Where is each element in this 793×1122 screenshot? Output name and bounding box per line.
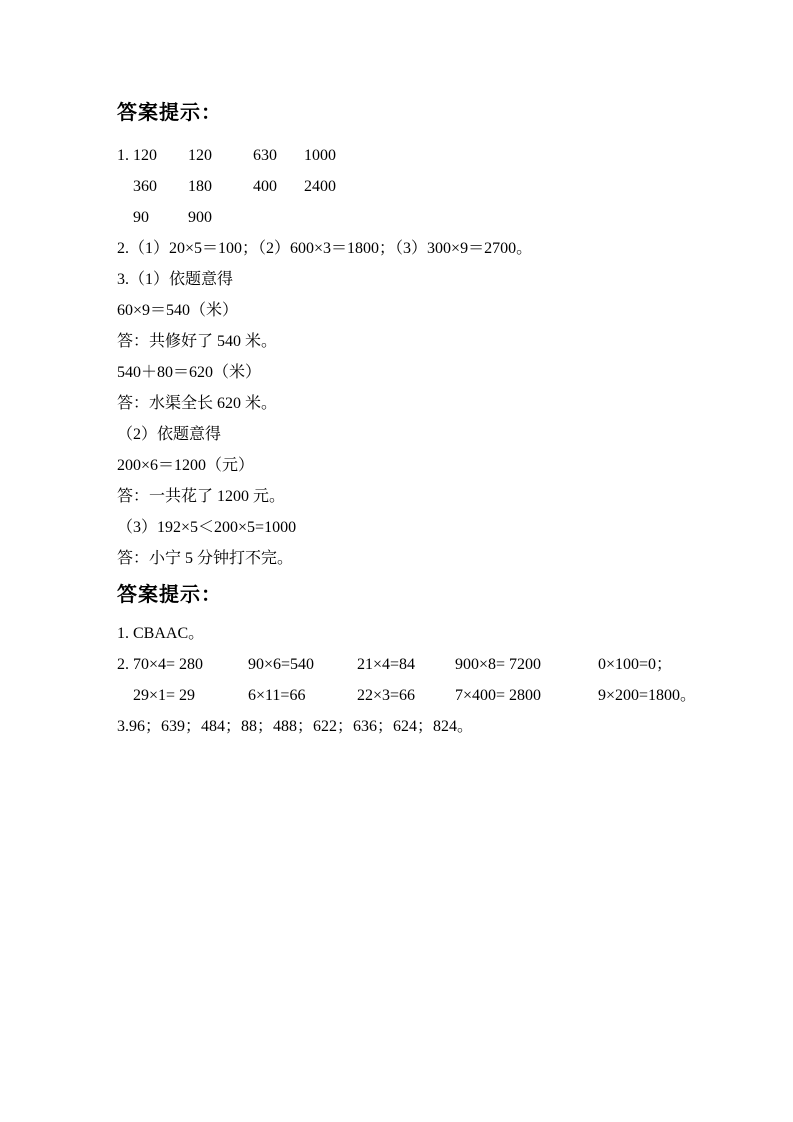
section-2-q2-row-2: 29×1= 29 6×11=66 22×3=66 7×400= 2800 9×2… [117, 680, 777, 711]
section-1-q3-part2-intro: （2）依题意得 [117, 419, 777, 450]
section-2-q1-line: 1. CBAAC。 [117, 618, 777, 649]
section-1-q3-step1-expr: 60×9＝540（米） [117, 295, 777, 326]
q1-value: 90 [133, 202, 188, 233]
section-2-q2-row-1: 2. 70×4= 280 90×6=540 21×4=84 900×8= 720… [117, 649, 777, 680]
q2-equation: 6×11=66 [248, 680, 357, 711]
q1-marker-empty [117, 171, 133, 202]
q2-equation: 22×3=66 [357, 680, 455, 711]
q1-value: 120 [133, 140, 188, 171]
section-1-q1-row-1: 1. 120 120 630 1000 [117, 140, 777, 171]
q2-equation: 0×100=0； [598, 649, 672, 680]
section-1-q2-line: 2.（1）20×5＝100；（2）600×3＝1800；（3）300×9＝270… [117, 233, 777, 264]
q1-marker-empty [117, 202, 133, 233]
section-1-q3-step1-answer: 答：共修好了 540 米。 [117, 326, 777, 357]
q2-equation: 7×400= 2800 [455, 680, 598, 711]
q1-value: 630 [253, 140, 304, 171]
section-1-q3-step2-expr: 540＋80＝620（米） [117, 357, 777, 388]
document-content: 答案提示： 1. 120 120 630 1000 360 180 400 24… [117, 100, 777, 742]
section-1-q3-part2-expr: 200×6＝1200（元） [117, 450, 777, 481]
section-1-q3-step2-answer: 答：水渠全长 620 米。 [117, 388, 777, 419]
q1-value: 2400 [304, 171, 336, 202]
document-page: 答案提示： 1. 120 120 630 1000 360 180 400 24… [0, 0, 793, 1122]
section-1-q3-intro: 3.（1）依题意得 [117, 264, 777, 295]
q1-value: 1000 [304, 140, 336, 171]
section-2-heading: 答案提示： [117, 582, 777, 608]
q1-value: 400 [253, 171, 304, 202]
section-2-q3-line: 3.96；639；484；88；488；622；636；624；824。 [117, 711, 777, 742]
q2-equation: 70×4= 280 [133, 649, 248, 680]
q1-marker: 1. [117, 140, 133, 171]
q2-equation: 29×1= 29 [133, 680, 248, 711]
q1-value: 180 [188, 171, 253, 202]
q1-value: 360 [133, 171, 188, 202]
q2-equation: 21×4=84 [357, 649, 455, 680]
section-1-q3-part3-answer: 答：小宁 5 分钟打不完。 [117, 543, 777, 574]
q1-value [253, 202, 304, 233]
q2-equation: 9×200=1800。 [598, 680, 696, 711]
q2-equation: 90×6=540 [248, 649, 357, 680]
q1-value: 120 [188, 140, 253, 171]
q2-equation: 900×8= 7200 [455, 649, 598, 680]
q1-value: 900 [188, 202, 253, 233]
q2-marker: 2. [117, 649, 133, 680]
section-1-heading: 答案提示： [117, 100, 777, 126]
section-1-q1-row-3: 90 900 [117, 202, 777, 233]
q2-marker-empty [117, 680, 133, 711]
section-1-q3-part2-answer: 答：一共花了 1200 元。 [117, 481, 777, 512]
section-1-q3-part3-expr: （3）192×5＜200×5=1000 [117, 512, 777, 543]
section-1-q1-row-2: 360 180 400 2400 [117, 171, 777, 202]
